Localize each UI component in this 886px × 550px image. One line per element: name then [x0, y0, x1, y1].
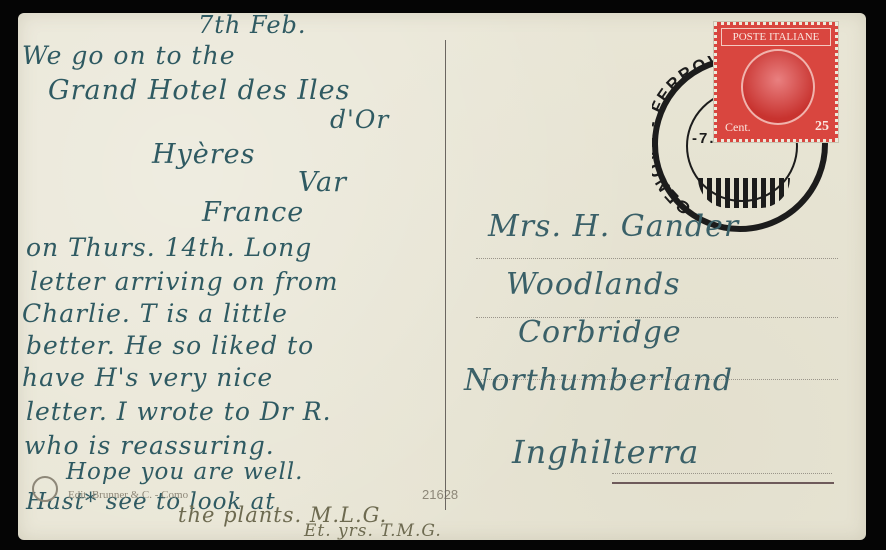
address-line-town: Corbridge [518, 315, 682, 350]
stamp-header: POSTE ITALIANE [721, 28, 831, 46]
address-dotted-line [612, 473, 832, 474]
message-line: Var [298, 167, 347, 198]
stamp-value: 25 [815, 119, 829, 135]
stamp-portrait-icon [741, 49, 815, 125]
message-line: Grand Hotel des Iles [48, 75, 351, 106]
message-line: letter. I wrote to Dr R. [26, 397, 332, 426]
message-line: Hyères [152, 139, 256, 170]
address-line-name: Mrs. H. Gander [488, 209, 739, 244]
message-line: Hope you are well. [66, 459, 303, 485]
stamp-denomination-label: Cent. [725, 120, 751, 135]
message-line: Et. yrs. T.M.G. [304, 521, 442, 541]
postcard: 7th Feb. We go on to the Grand Hotel des… [18, 13, 866, 540]
address-line-house: Woodlands [506, 267, 681, 302]
message-line-date: 7th Feb. [198, 11, 307, 39]
publisher-number: 21628 [422, 487, 458, 502]
message-line: on Thurs. 14th. Long [26, 233, 312, 262]
message-line: France [202, 197, 304, 228]
address-underline [612, 482, 834, 484]
postage-stamp: POSTE ITALIANE Cent. 25 [714, 22, 838, 142]
publisher-imprint: Edit. Brunner & C. - Como [68, 489, 188, 501]
message-line: Charlie. T is a little [22, 299, 288, 328]
publisher-logo-icon [32, 476, 58, 502]
address-line-county: Northumberland [464, 363, 733, 398]
message-line: We go on to the [22, 41, 236, 70]
message-line: who is reassuring. [24, 431, 275, 460]
message-line: letter arriving on from [30, 267, 339, 296]
center-divider [445, 40, 446, 510]
message-line: better. He so liked to [26, 331, 314, 360]
address-dotted-line [476, 258, 838, 259]
message-line: have H's very nice [22, 363, 273, 392]
address-line-country: Inghilterra [512, 433, 699, 471]
message-line: d'Or [330, 105, 389, 134]
